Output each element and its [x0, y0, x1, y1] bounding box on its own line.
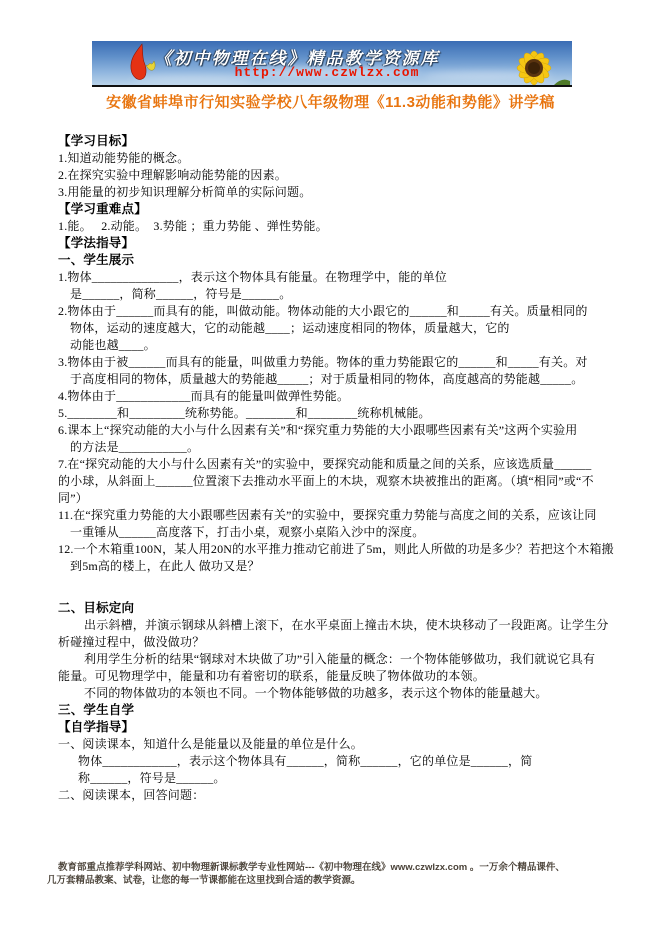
section-heading-key-points: 【学习重难点】: [58, 201, 610, 218]
footer-line: 教育部重点推荐学科网站、初中物理新课标教学专业性网站---《初中物理在线》www…: [47, 861, 625, 874]
doc-line: 一、阅读课本，知道什么是能量以及能量的单位是什么。: [58, 736, 610, 753]
blank-gap: [58, 575, 610, 600]
doc-line: 1.能。 2.动能。 3.势能 ；重力势能 、弹性势能。: [58, 218, 610, 235]
doc-line: 二、阅读课本，回答问题：: [58, 787, 610, 804]
sunflower-icon: [504, 41, 570, 87]
doc-line: 不同的物体做功的本领也不同。一个物体能够做的功越多，表示这个物体的能量越大。: [58, 685, 610, 702]
doc-line: 同”）: [58, 490, 610, 507]
section-heading-method-guide: 【学法指导】: [58, 235, 610, 252]
doc-line: 2.物体由于______而具有的能，叫做动能。物体动能的大小跟它的______和…: [58, 303, 610, 320]
doc-line: 于高度相同的物体，质量越大的势能越_____；对于质量相同的物体，高度越高的势能…: [58, 371, 610, 388]
subsection-heading-student-show: 一、学生展示: [58, 252, 610, 269]
section-heading-learning-goals: 【学习目标】: [58, 133, 610, 150]
doc-line: 11.在“探究重力势能的大小跟哪些因素有关”的实验中，要探究重力势能与高度之间的…: [58, 507, 610, 524]
site-footer: 教育部重点推荐学科网站、初中物理新课标教学专业性网站---《初中物理在线》www…: [47, 861, 625, 887]
doc-line: 物体，运动的速度越大，它的动能越____；运动速度相同的物体，质量越大，它的: [58, 320, 610, 337]
subsection-heading-goal-orientation: 二、目标定向: [58, 600, 610, 617]
doc-line: 7.在“探究动能的大小与什么因素有关”的实验中，要探究动能和质量之间的关系，应该…: [58, 456, 610, 473]
doc-line: 能量。可见物理学中，能量和功有着密切的联系，能量反映了物体做功的本领。: [58, 668, 610, 685]
doc-line: 6.课本上“探究动能的大小与什么因素有关”和“探究重力势能的大小跟哪些因素有关”…: [58, 422, 610, 439]
doc-line: 12.一个木箱重100N，某人用20N的水平推力推动它前进了5m，则此人所做的功…: [58, 541, 610, 558]
footer-line: 几万套精品教案、试卷，让您的每一节课都能在这里找到合适的教学资源。: [47, 874, 625, 887]
doc-line: 5.________和_________统称势能。________和______…: [58, 405, 610, 422]
doc-line: 是______，简称______，符号是______。: [58, 286, 610, 303]
doc-body: 【学习目标】 1.知道动能势能的概念。 2.在探究实验中理解影响动能势能的因素。…: [58, 133, 610, 804]
banner-site-url-link[interactable]: http://www.czwlzx.com: [182, 65, 472, 80]
doc-line: 1.知道动能势能的概念。: [58, 150, 610, 167]
site-banner: 《初中物理在线》精品教学资源库 http://www.czwlzx.com: [92, 41, 572, 87]
doc-line: 4.物体由于____________而具有的能量叫做弹性势能。: [58, 388, 610, 405]
doc-line: 利用学生分析的结果“钢球对木块做了功”引入能量的概念：一个物体能够做功，我们就说…: [58, 651, 610, 668]
subsection-heading-student-self-study: 三、学生自学: [58, 702, 610, 719]
doc-title: 安徽省蚌埠市行知实验学校八年级物理《11.3动能和势能》讲学稿: [0, 91, 661, 112]
section-heading-self-study-guide: 【自学指导】: [58, 719, 610, 736]
doc-line: 一重锤从______高度落下，打击小桌，观察小桌陷入沙中的深度。: [58, 524, 610, 541]
doc-line: 析碰撞过程中，做没做功？: [58, 634, 610, 651]
doc-line: 出示斜槽，并演示钢球从斜槽上滚下，在水平桌面上撞击木块，使木块移动了一段距离。让…: [58, 617, 610, 634]
doc-line: 物体____________，表示这个物体具有______，简称______，它…: [58, 753, 610, 770]
doc-line: 2.在探究实验中理解影响动能势能的因素。: [58, 167, 610, 184]
doc-line: 的小球，从斜面上______位置滚下去推动水平面上的木块，观察木块被推出的距离。…: [58, 473, 610, 490]
doc-line: 到5m高的楼上，在此人 做功又是？: [58, 558, 610, 575]
doc-line: 3.物体由于被______而具有的能量，叫做重力势能。物体的重力势能跟它的___…: [58, 354, 610, 371]
doc-line: 称______，符号是______。: [58, 770, 610, 787]
doc-line: 的方法是___________。: [58, 439, 610, 456]
doc-line: 3.用能量的初步知识理解分析简单的实际问题。: [58, 184, 610, 201]
doc-line: 1.物体______________，表示这个物体具有能量。在物理学中，能的单位: [58, 269, 610, 286]
doc-line: 动能也越____。: [58, 337, 610, 354]
